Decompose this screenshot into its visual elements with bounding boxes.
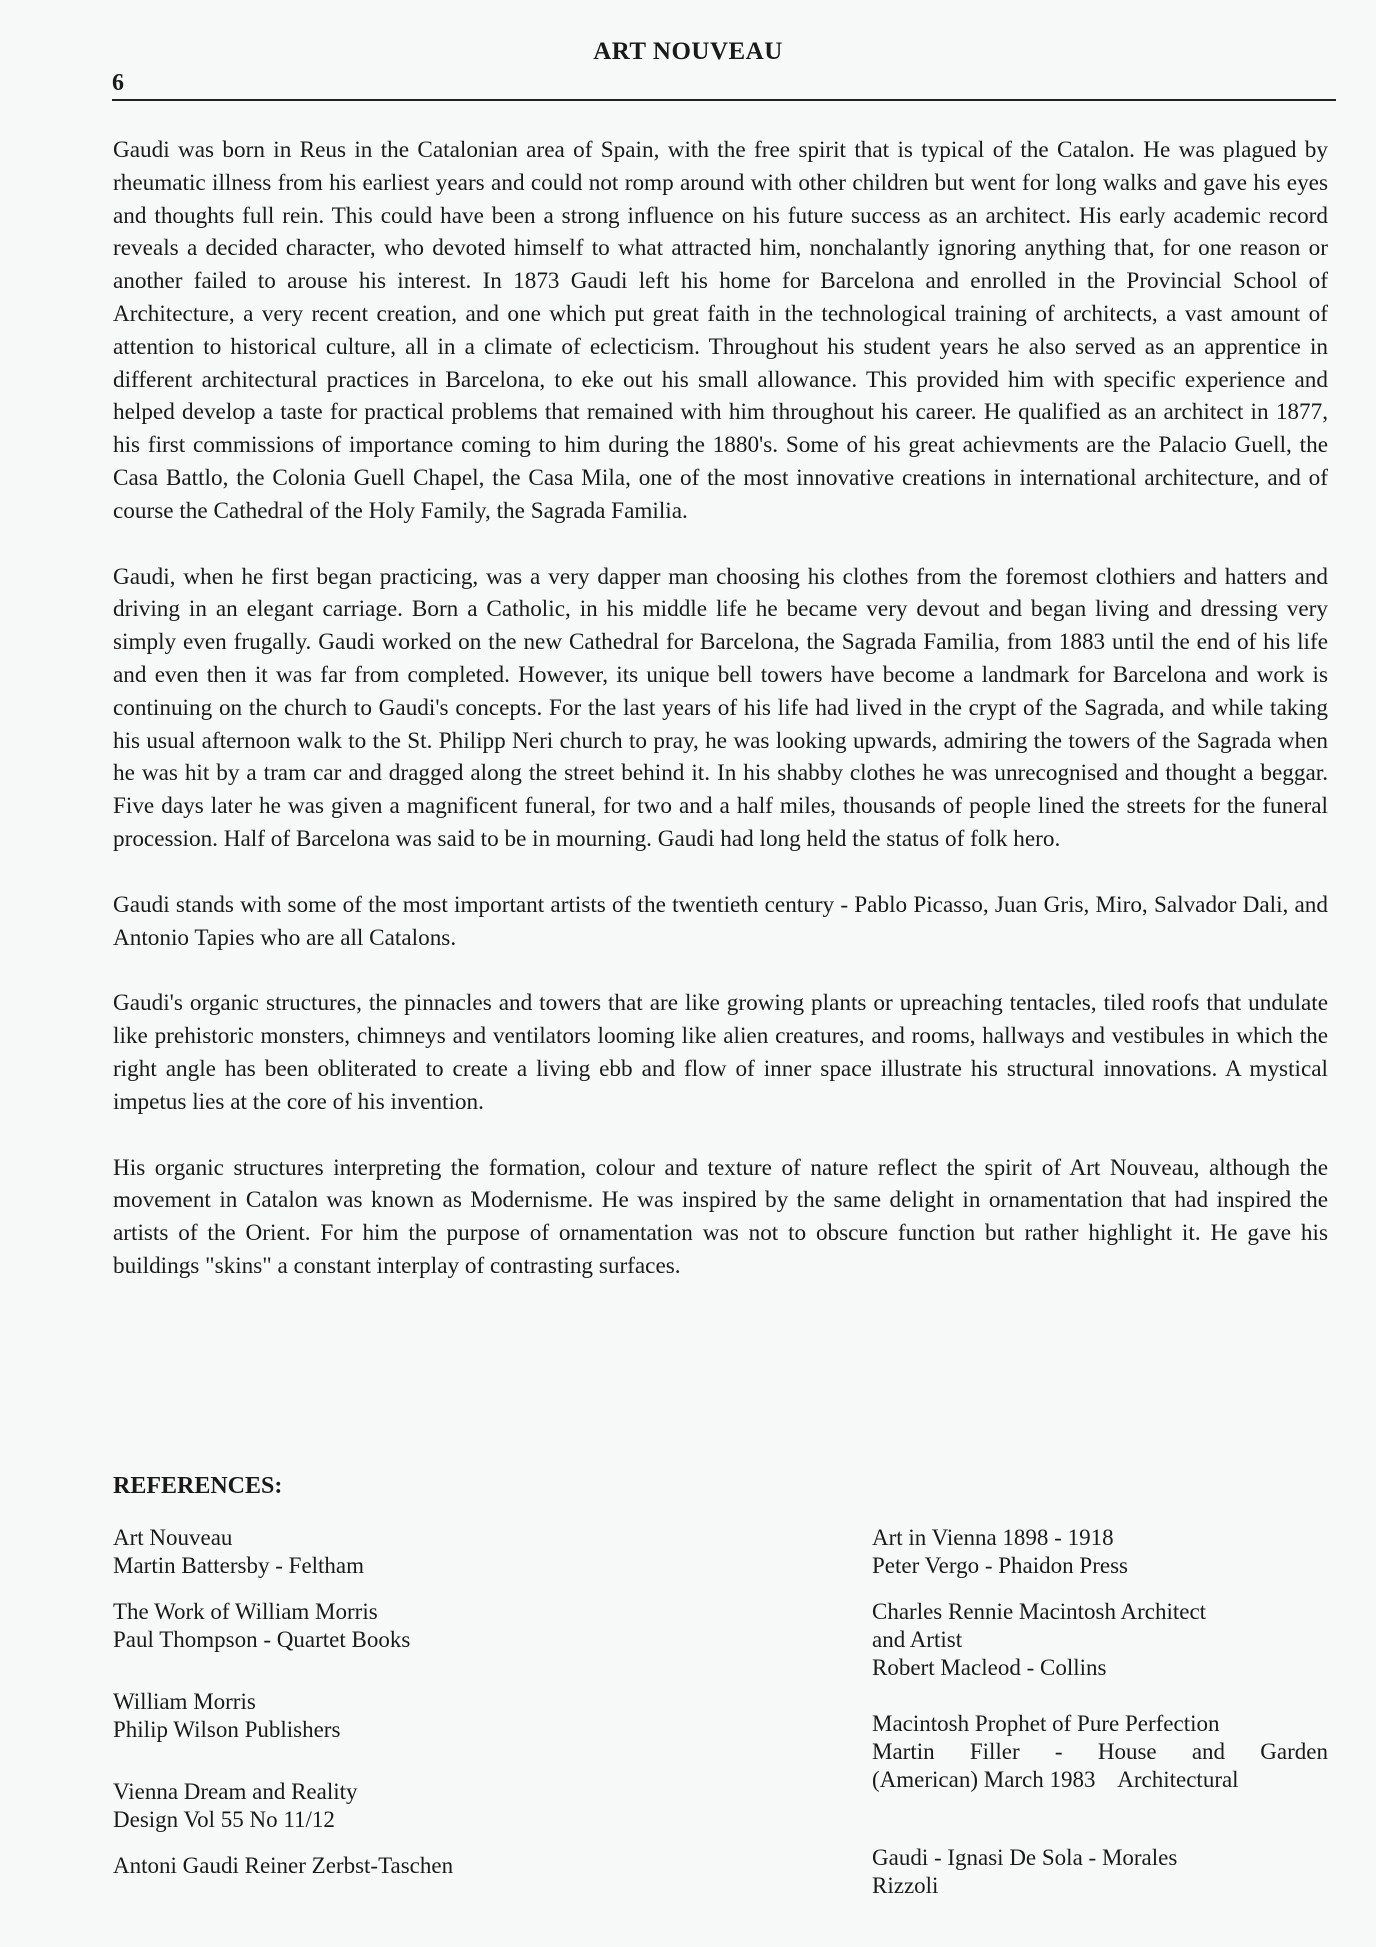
references-left-column: Art Nouveau Martin Battersby - Feltham T… (113, 1524, 673, 1898)
body-text: Gaudi was born in Reus in the Catalonian… (113, 134, 1328, 1316)
reference-title: Gaudi - Ignasi De Sola - Morales (872, 1844, 1328, 1872)
reference-author: Peter Vergo - Phaidon Press (872, 1552, 1328, 1580)
reference-author: Martin Battersby - Feltham (113, 1552, 673, 1580)
paragraph-later-life: Gaudi, when he first began practicing, w… (113, 561, 1328, 856)
reference-publication: (American) March 1983 Architectural (872, 1766, 1328, 1794)
reference-author: Martin Filler - House and Garden (872, 1738, 1328, 1766)
reference-entry: Charles Rennie Macintosh Architect and A… (872, 1598, 1328, 1682)
reference-title-cont: and Artist (872, 1626, 1328, 1654)
reference-title: Art Nouveau (113, 1524, 673, 1552)
reference-entry: Gaudi - Ignasi De Sola - Morales Rizzoli (872, 1844, 1328, 1900)
reference-author: Paul Thompson - Quartet Books (113, 1626, 673, 1654)
reference-entry: Macintosh Prophet of Pure Perfection Mar… (872, 1710, 1328, 1794)
reference-entry: Antoni Gaudi Reiner Zerbst-Taschen (113, 1852, 673, 1880)
reference-entry: Art Nouveau Martin Battersby - Feltham (113, 1524, 673, 1580)
references-right-column: Art in Vienna 1898 - 1918 Peter Vergo - … (872, 1524, 1328, 1918)
paragraph-catalan-artists: Gaudi stands with some of the most impor… (113, 889, 1328, 955)
reference-title: Antoni Gaudi Reiner Zerbst-Taschen (113, 1852, 673, 1880)
reference-title: Vienna Dream and Reality (113, 1778, 673, 1806)
paragraph-art-nouveau-spirit: His organic structures interpreting the … (113, 1152, 1328, 1283)
reference-entry: Art in Vienna 1898 - 1918 Peter Vergo - … (872, 1524, 1328, 1580)
reference-title: Art in Vienna 1898 - 1918 (872, 1524, 1328, 1552)
paragraph-organic-structures: Gaudi's organic structures, the pinnacle… (113, 987, 1328, 1118)
reference-author: Robert Macleod - Collins (872, 1654, 1328, 1682)
reference-author: Philip Wilson Publishers (113, 1716, 673, 1744)
paragraph-early-life: Gaudi was born in Reus in the Catalonian… (113, 134, 1328, 528)
reference-author: Rizzoli (872, 1872, 1328, 1900)
reference-title: Macintosh Prophet of Pure Perfection (872, 1710, 1328, 1738)
reference-title: Charles Rennie Macintosh Architect (872, 1598, 1328, 1626)
reference-entry: William Morris Philip Wilson Publishers (113, 1688, 673, 1744)
reference-title: William Morris (113, 1688, 673, 1716)
reference-author: Design Vol 55 No 11/12 (113, 1806, 673, 1834)
header-rule (112, 99, 1336, 101)
reference-entry: The Work of William Morris Paul Thompson… (113, 1598, 673, 1654)
reference-entry: Vienna Dream and Reality Design Vol 55 N… (113, 1778, 673, 1834)
reference-title: The Work of William Morris (113, 1598, 673, 1626)
page-title: ART NOUVEAU (0, 38, 1376, 66)
references-heading: REFERENCES: (113, 1473, 282, 1500)
page-number: 6 (112, 70, 124, 97)
